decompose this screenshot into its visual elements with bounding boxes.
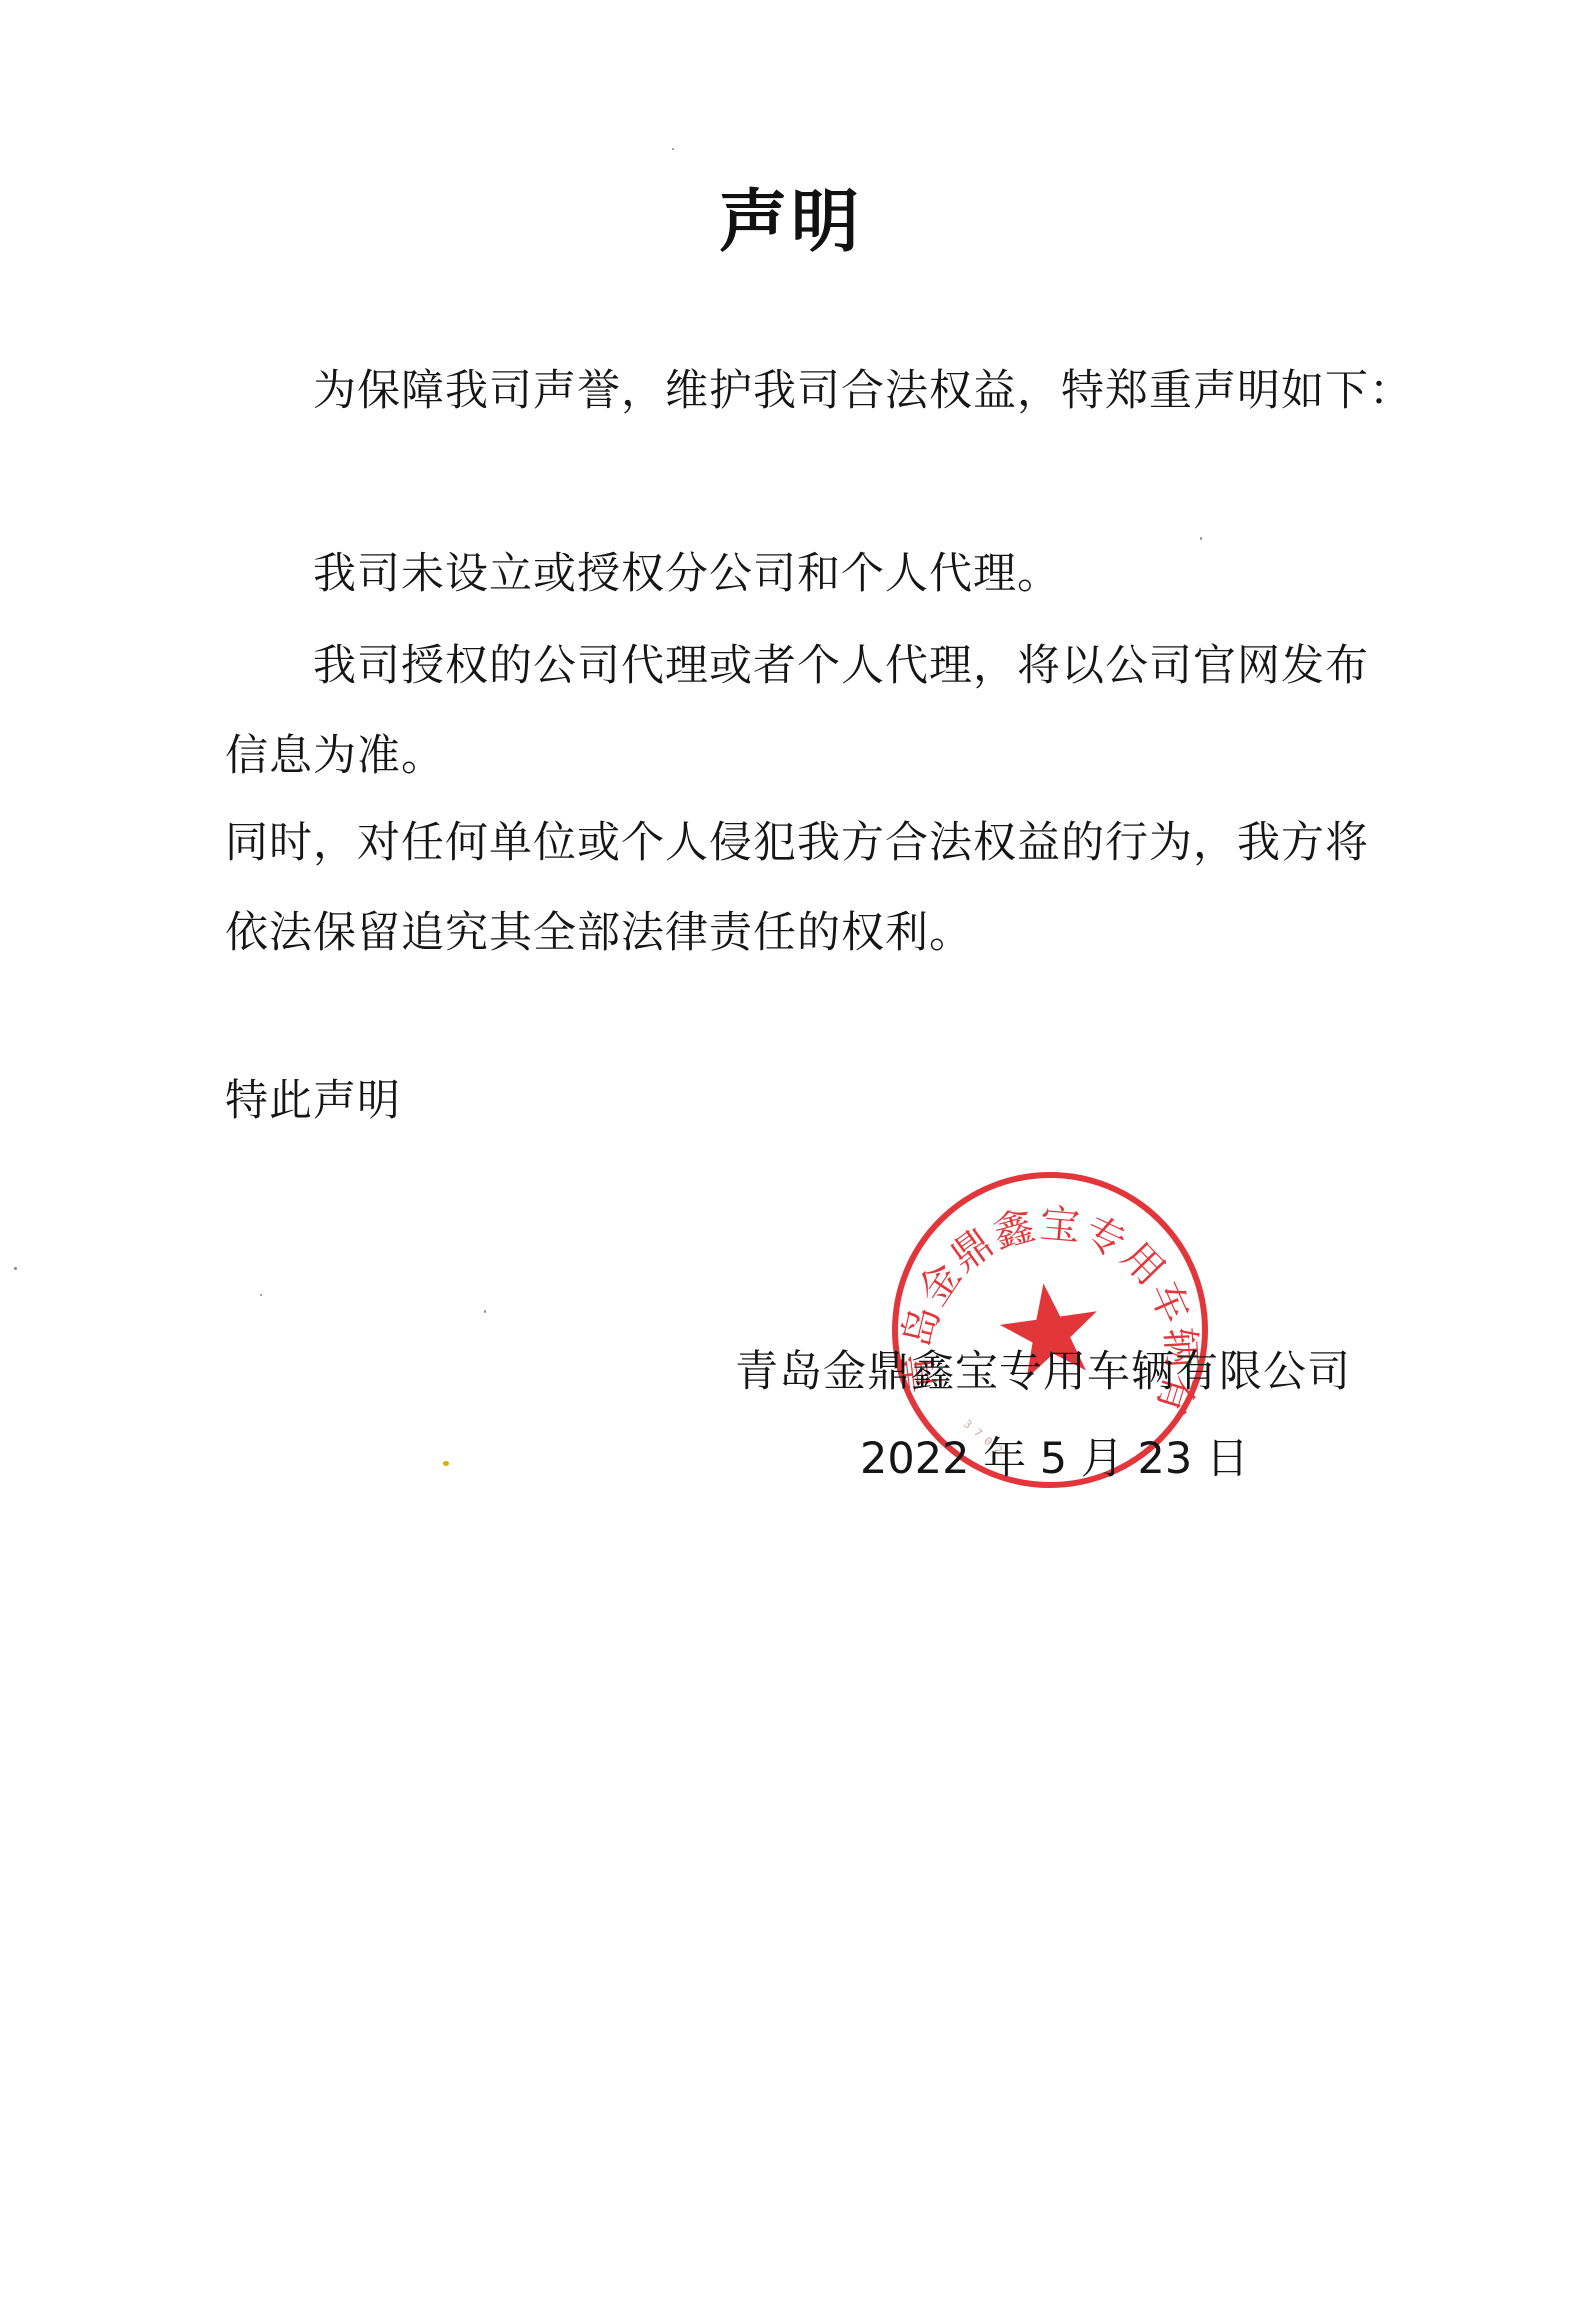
scan-speck: [443, 1461, 449, 1466]
closing-statement: 特此声明: [225, 1080, 401, 1123]
paragraph-legal-line2: 依法保留追究其全部法律责任的权利。: [225, 912, 973, 955]
document-title: 声明: [0, 168, 1582, 265]
paragraph-no-branch: 我司未设立或授权分公司和个人代理。: [313, 553, 1061, 596]
scan-speck: [14, 1267, 17, 1270]
scan-speck: [1200, 537, 1202, 540]
document-page: 声明 为保障我司声誉，维护我司合法权益，特郑重声明如下： 我司未设立或授权分公司…: [0, 0, 1582, 2298]
scan-speck: [260, 1294, 262, 1296]
scan-speck: [672, 148, 674, 150]
paragraph-authorized-agents-line1: 我司授权的公司代理或者个人代理，将以公司官网发布: [313, 645, 1369, 688]
scan-speck: [484, 1310, 486, 1313]
paragraph-authorized-agents-line2: 信息为准。: [225, 735, 445, 778]
signatory-company-name: 青岛金鼎鑫宝专用车辆有限公司: [735, 1338, 1351, 1399]
intro-paragraph: 为保障我司声誉，维护我司合法权益，特郑重声明如下：: [313, 370, 1413, 413]
signature-date: 2022 年 5 月 23 日: [860, 1425, 1249, 1486]
paragraph-legal-line1: 同时，对任何单位或个人侵犯我方合法权益的行为，我方将: [225, 822, 1369, 865]
